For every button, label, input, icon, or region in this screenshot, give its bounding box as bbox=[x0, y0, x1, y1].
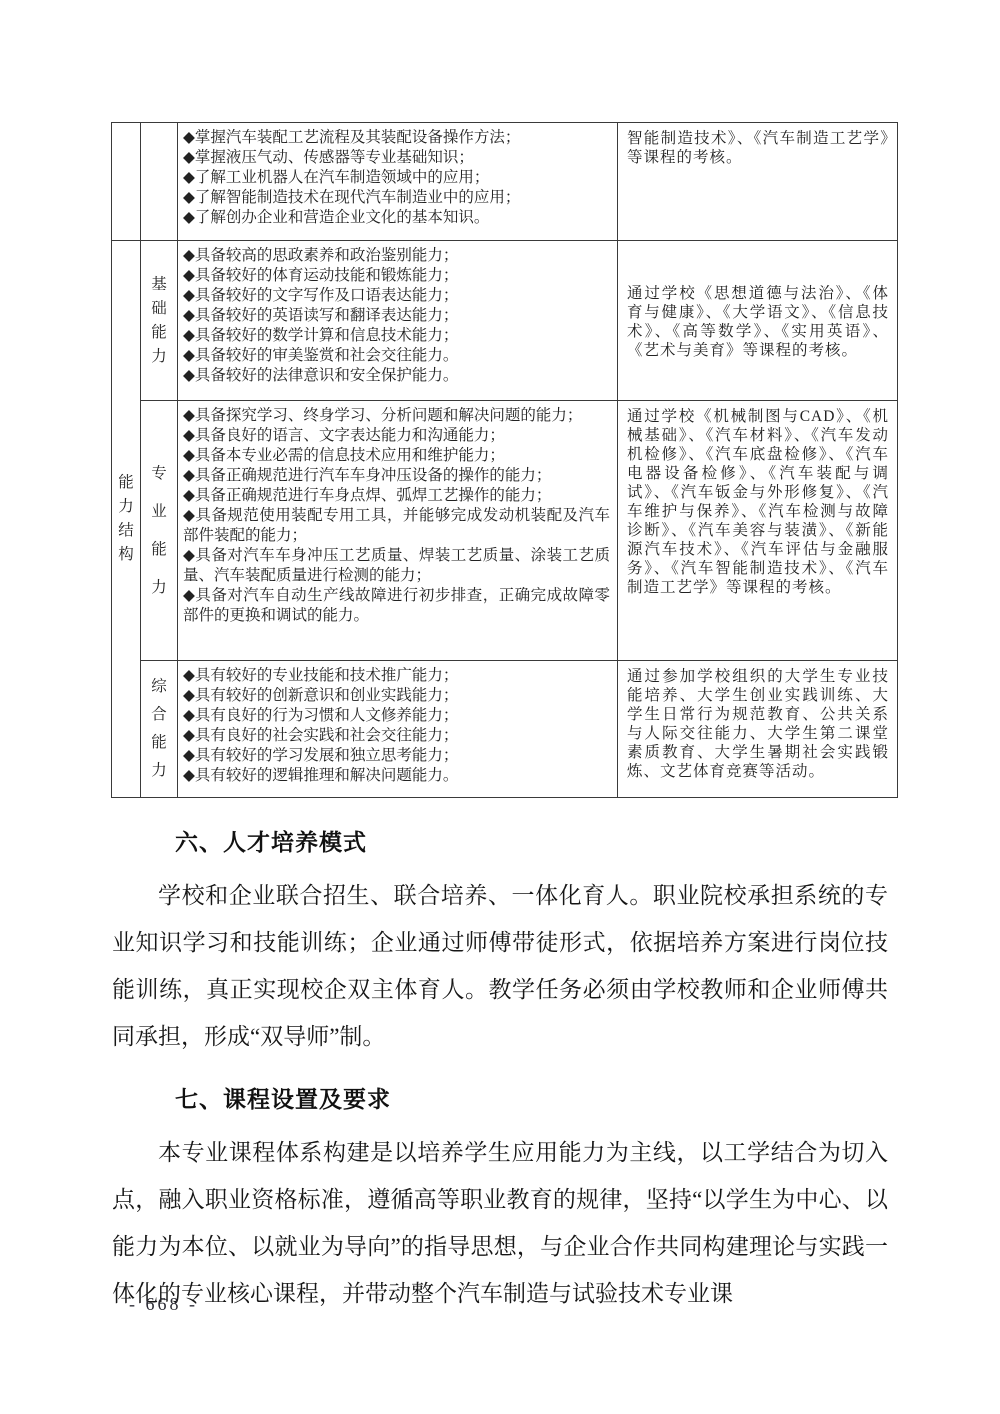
group-label-cell: 能力结构 bbox=[112, 241, 141, 798]
table-row-knowledge-continued: ◆掌握汽车装配工艺流程及其装配设备操作方法； ◆掌握液压气动、传感器等专业基础知… bbox=[112, 123, 898, 241]
comprehensive-ability-items-cell: ◆具有较好的专业技能和技术推广能力； ◆具有较好的创新意识和创业实践能力； ◆具… bbox=[178, 661, 618, 798]
section-heading-curriculum: 七、课程设置及要求 bbox=[175, 1081, 888, 1114]
section-heading-talent-mode: 六、人才培养模式 bbox=[175, 824, 888, 857]
page-number: - 668 - bbox=[129, 1294, 198, 1315]
body-sections: 六、人才培养模式 学校和企业联合招生、联合培养、一体化育人。职业院校承担系统的专… bbox=[112, 800, 888, 1317]
bullet-item: ◆具备较好的数学计算和信息技术能力； bbox=[183, 326, 610, 346]
bullet-item: ◆具备较好的法律意识和安全保护能力。 bbox=[183, 366, 610, 386]
row-label: 专业能力 bbox=[151, 455, 168, 607]
basic-ability-items-cell: ◆具备较高的思政素养和政治鉴别能力； ◆具备较好的体育运动技能和锻炼能力； ◆具… bbox=[178, 241, 618, 401]
bullet-item: ◆具有较好的逻辑推理和解决问题能力。 bbox=[183, 766, 610, 786]
bullet-item: ◆具备对汽车自动生产线故障进行初步排查，正确完成故障零部件的更换和调试的能力。 bbox=[183, 586, 610, 626]
bullet-item: ◆具有良好的行为习惯和人文修养能力； bbox=[183, 706, 610, 726]
bullet-item: ◆具备较好的体育运动技能和锻炼能力； bbox=[183, 266, 610, 286]
document-page: ◆掌握汽车装配工艺流程及其装配设备操作方法； ◆掌握液压气动、传感器等专业基础知… bbox=[0, 0, 1000, 1414]
bullet-item: ◆具备较好的文字写作及口语表达能力； bbox=[183, 286, 610, 306]
bullet-item: ◆具备较高的思政素养和政治鉴别能力； bbox=[183, 246, 610, 266]
knowledge-items-cell: ◆掌握汽车装配工艺流程及其装配设备操作方法； ◆掌握液压气动、传感器等专业基础知… bbox=[178, 123, 618, 241]
bullet-item: ◆了解智能制造技术在现代汽车制造业中的应用； bbox=[183, 188, 610, 208]
paragraph-talent-mode: 学校和企业联合招生、联合培养、一体化育人。职业院校承担系统的专业知识学习和技能训… bbox=[112, 872, 888, 1060]
row-label-cell: 综合能力 bbox=[141, 661, 178, 798]
ability-structure-table: ◆掌握汽车装配工艺流程及其装配设备操作方法； ◆掌握液压气动、传感器等专业基础知… bbox=[111, 122, 898, 798]
bullet-item: ◆具有良好的社会实践和社会交往能力； bbox=[183, 726, 610, 746]
group-label: 能力结构 bbox=[118, 471, 135, 567]
table-row-comprehensive-ability: 综合能力 ◆具有较好的专业技能和技术推广能力； ◆具有较好的创新意识和创业实践能… bbox=[112, 661, 898, 798]
assessment-cell: 通过学校《机械制图与CAD》、《机械基础》、《汽车材料》、《汽车发动机检修》、《… bbox=[618, 401, 898, 661]
bullet-item: ◆掌握汽车装配工艺流程及其装配设备操作方法； bbox=[183, 128, 610, 148]
table-row-basic-ability: 能力结构 基础能力 ◆具备较高的思政素养和政治鉴别能力； ◆具备较好的体育运动技… bbox=[112, 241, 898, 401]
bullet-item: ◆具备对汽车车身冲压工艺质量、焊装工艺质量、涂装工艺质量、汽车装配质量进行检测的… bbox=[183, 546, 610, 586]
bullet-item: ◆了解创办企业和营造企业文化的基本知识。 bbox=[183, 208, 610, 228]
row-label: 综合能力 bbox=[151, 673, 168, 785]
row-label: 基础能力 bbox=[151, 273, 168, 369]
row-label-cell: 专业能力 bbox=[141, 401, 178, 661]
bullet-item: ◆具备较好的英语读写和翻译表达能力； bbox=[183, 306, 610, 326]
bullet-item: ◆具备规范使用装配专用工具，并能够完成发动机装配及汽车部件装配的能力； bbox=[183, 506, 610, 546]
professional-ability-items-cell: ◆具备探究学习、终身学习、分析问题和解决问题的能力； ◆具备良好的语言、文字表达… bbox=[178, 401, 618, 661]
paragraph-curriculum: 本专业课程体系构建是以培养学生应用能力为主线，以工学结合为切入点，融入职业资格标… bbox=[112, 1129, 888, 1317]
bullet-item: ◆具备良好的语言、文字表达能力和沟通能力； bbox=[183, 426, 610, 446]
assessment-cell: 通过学校《思想道德与法治》、《体育与健康》、《大学语文》、《信息技术》、《高等数… bbox=[618, 241, 898, 401]
assessment-cell: 通过参加学校组织的大学生专业技能培养、大学生创业实践训练、大学生日常行为规范教育… bbox=[618, 661, 898, 798]
assessment-cell: 智能制造技术》、《汽车制造工艺学》等课程的考核。 bbox=[618, 123, 898, 241]
bullet-item: ◆具备正确规范进行汽车车身冲压设备的操作的能力； bbox=[183, 466, 610, 486]
row-label-cell: 基础能力 bbox=[141, 241, 178, 401]
bullet-item: ◆具备探究学习、终身学习、分析问题和解决问题的能力； bbox=[183, 406, 610, 426]
empty-group-cell bbox=[112, 123, 141, 241]
table-row-professional-ability: 专业能力 ◆具备探究学习、终身学习、分析问题和解决问题的能力； ◆具备良好的语言… bbox=[112, 401, 898, 661]
empty-label-cell bbox=[141, 123, 178, 241]
bullet-item: ◆了解工业机器人在汽车制造领域中的应用； bbox=[183, 168, 610, 188]
bullet-item: ◆具备本专业必需的信息技术应用和维护能力； bbox=[183, 446, 610, 466]
bullet-item: ◆具备较好的审美鉴赏和社会交往能力。 bbox=[183, 346, 610, 366]
bullet-item: ◆具有较好的专业技能和技术推广能力； bbox=[183, 666, 610, 686]
bullet-item: ◆具有较好的学习发展和独立思考能力； bbox=[183, 746, 610, 766]
bullet-item: ◆掌握液压气动、传感器等专业基础知识； bbox=[183, 148, 610, 168]
bullet-item: ◆具有较好的创新意识和创业实践能力； bbox=[183, 686, 610, 706]
bullet-item: ◆具备正确规范进行车身点焊、弧焊工艺操作的能力； bbox=[183, 486, 610, 506]
